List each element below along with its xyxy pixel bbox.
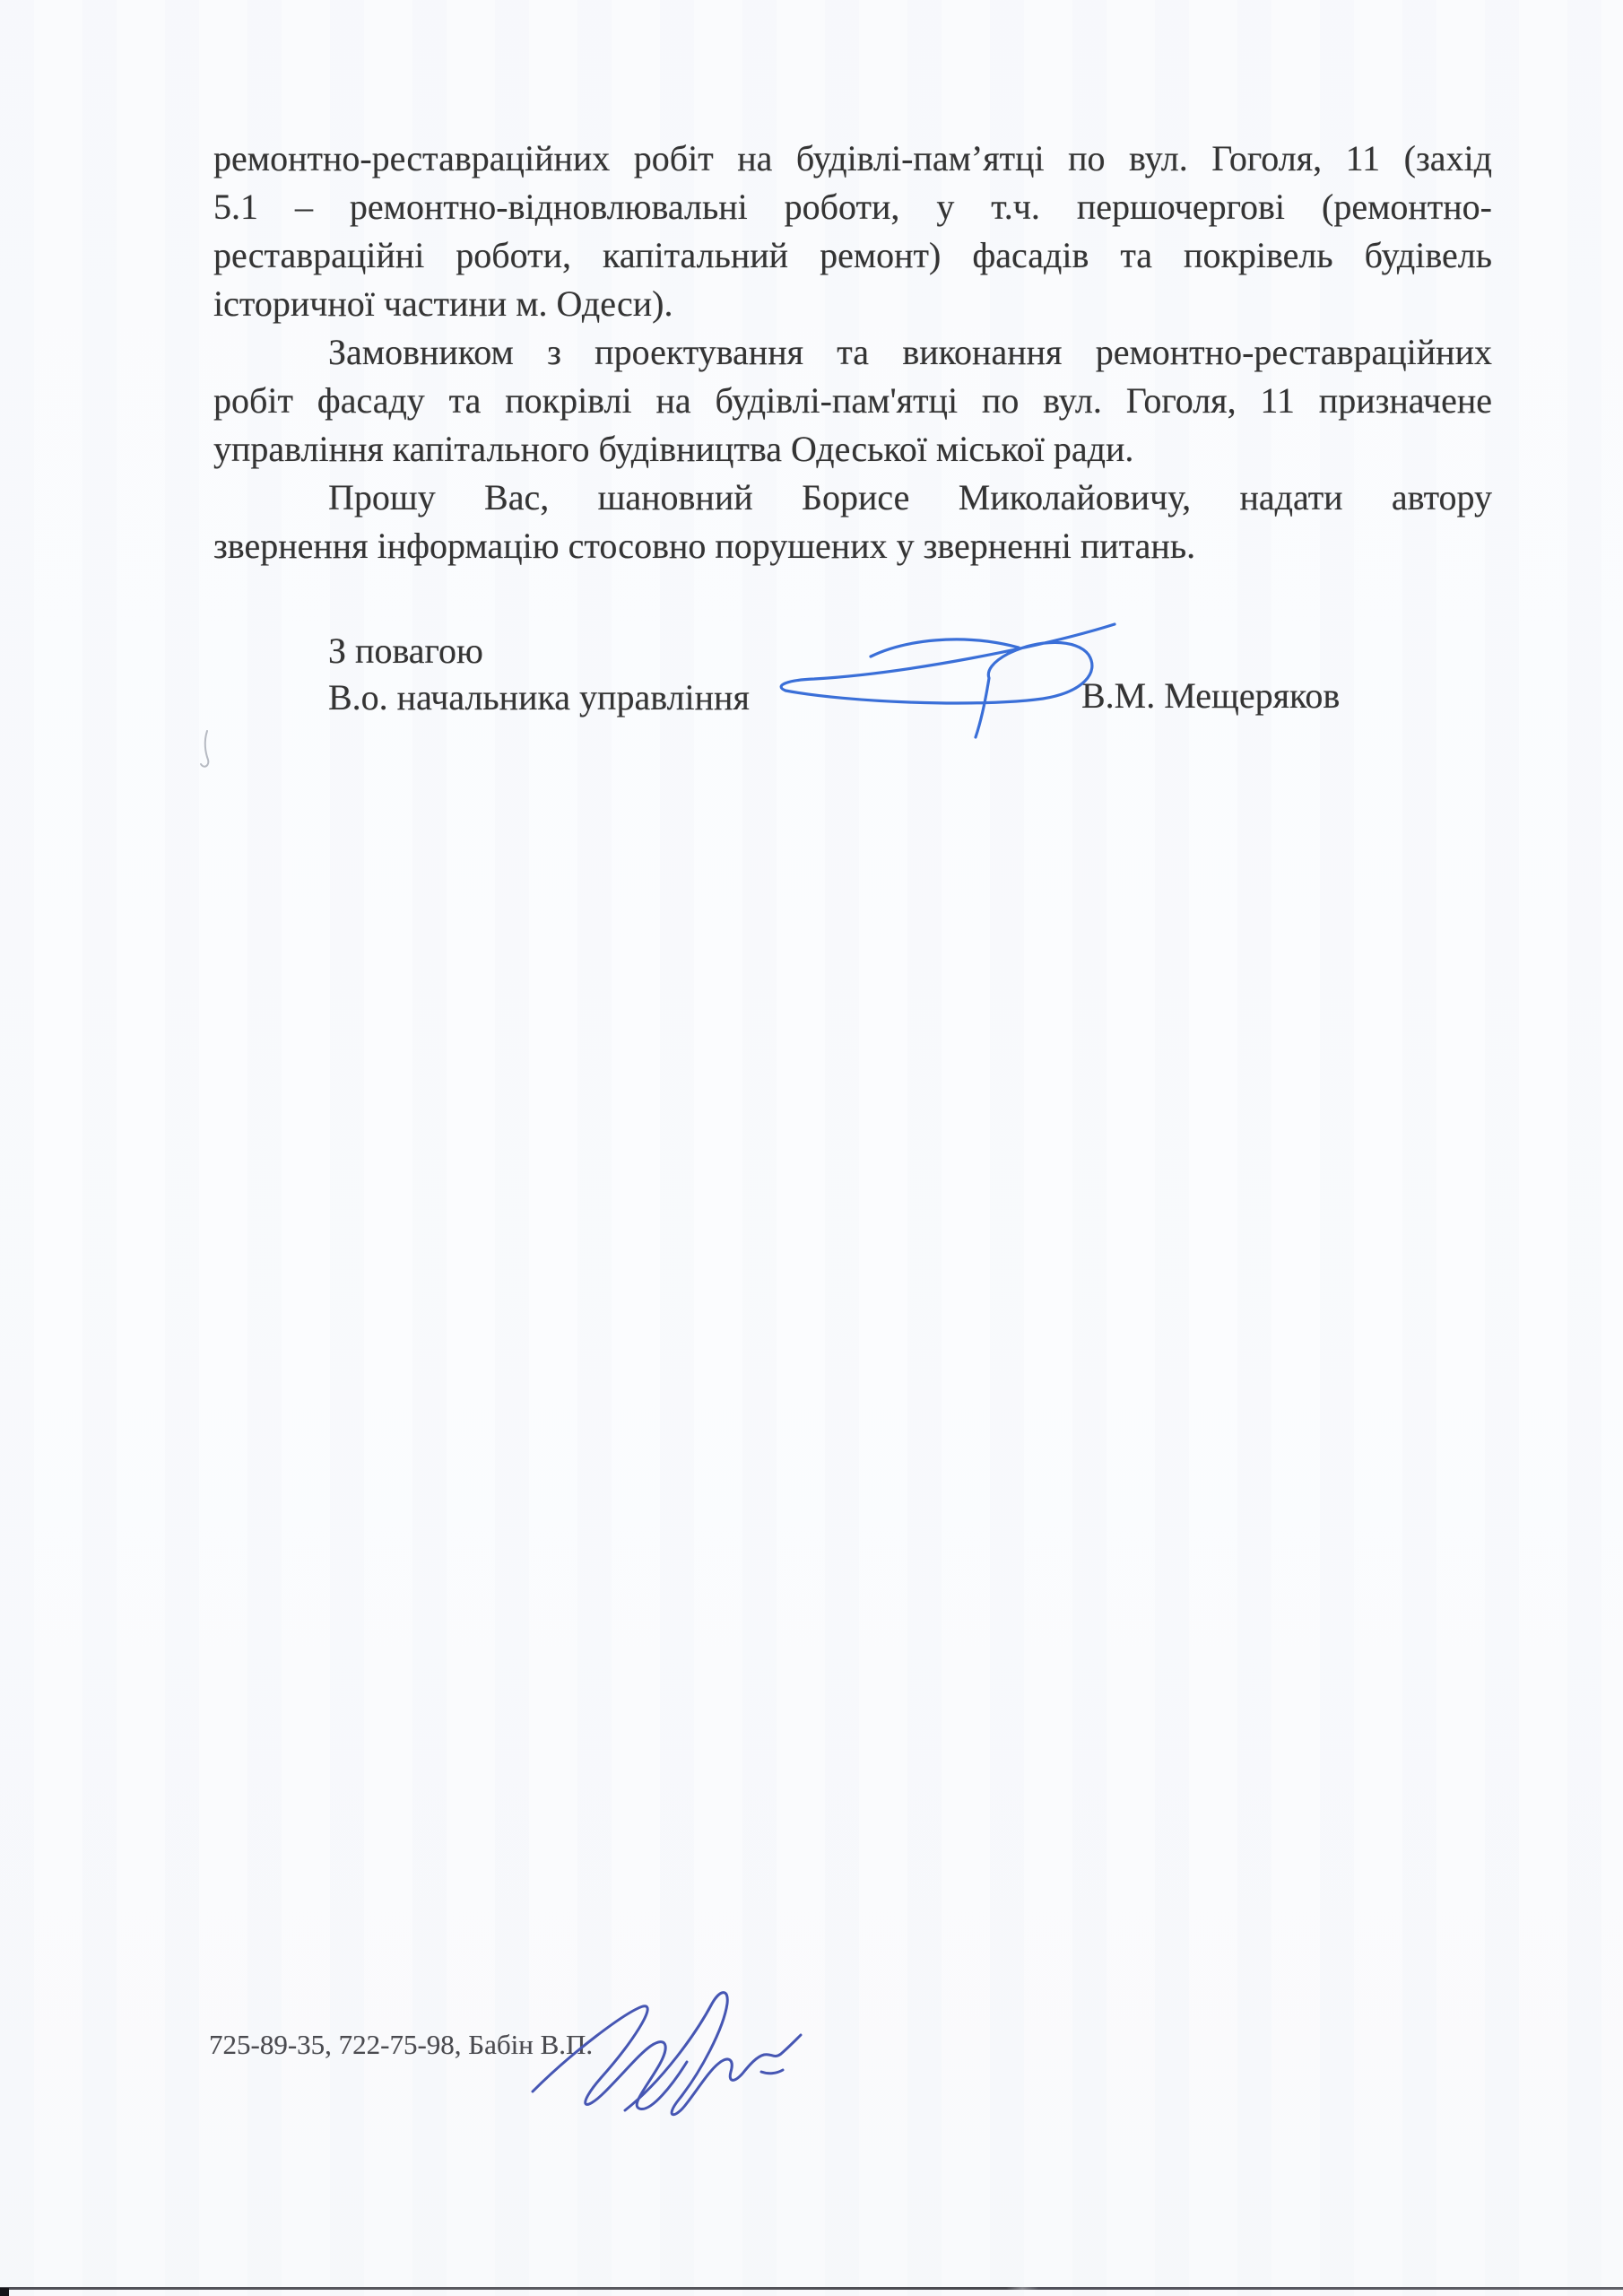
footer-contact-line: 725-89-35, 722-75-98, Бабін В.П. xyxy=(209,2029,593,2061)
body-line: 5.1 – ремонтно-відновлювальні роботи, у … xyxy=(213,183,1492,231)
pencil-mark-icon xyxy=(201,731,208,767)
body-line: робіт фасаду та покрівлі на будівлі-пам'… xyxy=(213,377,1492,425)
letter-body: ремонтно-реставраційних робіт на будівлі… xyxy=(213,135,1492,570)
closing-position: В.о. начальника управління xyxy=(328,674,750,721)
closing-block: З повагою В.о. начальника управління xyxy=(328,628,750,721)
body-line: Замовником з проектування та виконання р… xyxy=(213,328,1492,377)
scanned-letter-page: ремонтно-реставраційних робіт на будівлі… xyxy=(0,0,1623,2296)
closing-salutation: З повагою xyxy=(328,628,750,674)
scan-edge-line xyxy=(0,2287,1623,2290)
body-line: управління капітального будівництва Одес… xyxy=(213,425,1492,474)
signature-meshcheryakov-icon xyxy=(781,624,1115,737)
body-line: ремонтно-реставраційних робіт на будівлі… xyxy=(213,135,1492,183)
body-line: звернення інформацію стосовно порушених … xyxy=(213,522,1492,570)
scan-corner-mark xyxy=(0,2288,9,2296)
body-line: Прошу Вас, шановний Борисе Миколайовичу,… xyxy=(213,474,1492,522)
body-line: реставраційні роботи, капітальний ремонт… xyxy=(213,231,1492,280)
signer-name: В.М. Мещеряков xyxy=(1081,674,1340,717)
body-line: історичної частини м. Одеси). xyxy=(213,280,1492,328)
